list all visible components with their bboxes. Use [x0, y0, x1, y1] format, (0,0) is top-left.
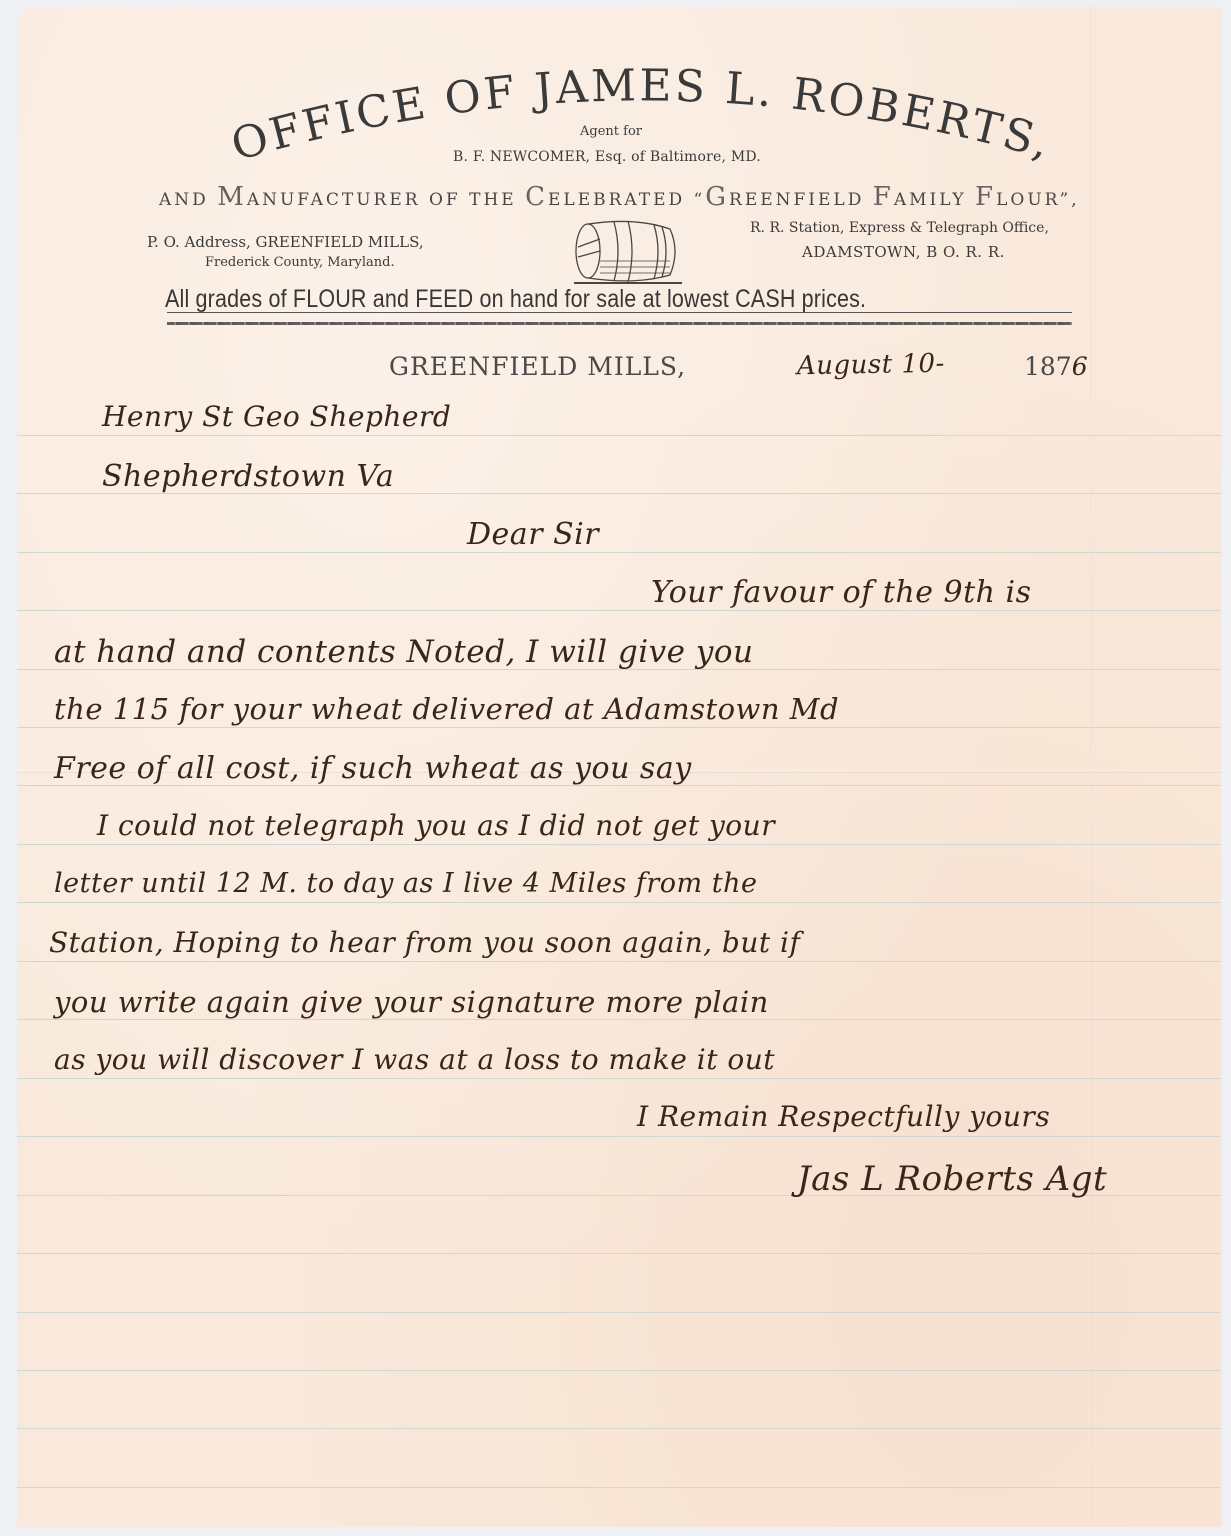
manufacturer-prefix: AND — [159, 190, 217, 210]
ruled-line — [17, 435, 1221, 436]
po-address: P. O. Address, GREENFIELD MILLS, — [147, 233, 424, 251]
ruled-line — [17, 1078, 1221, 1079]
agent-for-label: Agent for — [9, 124, 1213, 139]
handwritten-date: August 10‑ — [797, 349, 945, 382]
salutation: Dear Sir — [467, 517, 599, 552]
letter-sheet: OFFICE OF JAMES L. ROBERTS, Agent for B.… — [17, 7, 1221, 1527]
body-line: letter until 12 M. to day as I live 4 Mi… — [54, 868, 757, 899]
ornamental-initial: C — [525, 182, 548, 212]
flour-word: LOUR”, — [996, 190, 1080, 210]
ornamental-initial: M — [217, 182, 247, 212]
body-line: I could not telegraph you as I did not g… — [97, 809, 775, 842]
body-line: Your favour of the 9th is — [651, 575, 1032, 610]
addressee-place: Shepherdstown Va — [102, 459, 394, 494]
body-line: as you will discover I was at a loss to … — [54, 1043, 775, 1076]
body-line: Station, Hoping to hear from you soon ag… — [49, 926, 800, 959]
tagline-underline — [167, 312, 1072, 313]
signature: Jas L Roberts Agt — [797, 1159, 1107, 1199]
county-address: Frederick County, Maryland. — [205, 255, 395, 270]
closing: I Remain Respectfully yours — [637, 1100, 1050, 1133]
letterhead-separator — [167, 322, 1072, 325]
ruled-line — [17, 1312, 1221, 1313]
fold-crease — [1089, 7, 1091, 1527]
addressee-name: Henry St Geo Shepherd — [102, 400, 451, 433]
body-line: Free of all cost, if such wheat as you s… — [54, 751, 692, 786]
principal-name: B. F. NEWCOMER, Esq. of Baltimore, MD. — [5, 149, 1209, 165]
ruled-line — [17, 1428, 1221, 1429]
family-word: AMILY — [894, 190, 975, 210]
printed-year: 187 — [1024, 352, 1072, 381]
ornamental-initial: G — [705, 182, 729, 212]
greenfield-word: REENFIELD — [729, 190, 873, 210]
year: 1876 — [1024, 352, 1088, 381]
body-line: you write again give your signature more… — [54, 985, 769, 1019]
handwritten-year-digit: 6 — [1072, 352, 1088, 381]
ruled-line — [17, 902, 1221, 903]
ruled-line — [17, 552, 1221, 553]
station-town: ADAMSTOWN, B O. R. R. — [802, 243, 1005, 261]
ruled-line — [17, 1370, 1221, 1371]
rr-station-label: R. R. Station, Express & Telegraph Offic… — [750, 220, 1049, 236]
celebrated-word: ELEBRATED “ — [548, 190, 705, 210]
ruled-line — [17, 1253, 1221, 1254]
ornamental-initial: F — [873, 182, 894, 212]
ruled-line — [17, 1487, 1221, 1488]
ruled-line — [17, 1136, 1221, 1137]
manufacturer-line: AND MANUFACTURER OF THE CELEBRATED “GREE… — [159, 182, 1080, 212]
ruled-line — [17, 961, 1221, 962]
ruled-line — [17, 1019, 1221, 1020]
ornamental-initial: F — [975, 182, 996, 212]
manufacturer-word: ANUFACTURER OF THE — [247, 190, 525, 210]
place-heading: GREENFIELD MILLS, — [389, 352, 686, 381]
body-line: the 115 for your wheat delivered at Adam… — [54, 692, 839, 726]
ruled-line — [17, 727, 1221, 728]
tagline: All grades of FLOUR and FEED on hand for… — [165, 285, 866, 314]
ruled-line — [17, 844, 1221, 845]
ruled-line — [17, 610, 1221, 611]
barrel-icon — [566, 217, 686, 289]
body-line: at hand and contents Noted, I will give … — [54, 634, 754, 670]
